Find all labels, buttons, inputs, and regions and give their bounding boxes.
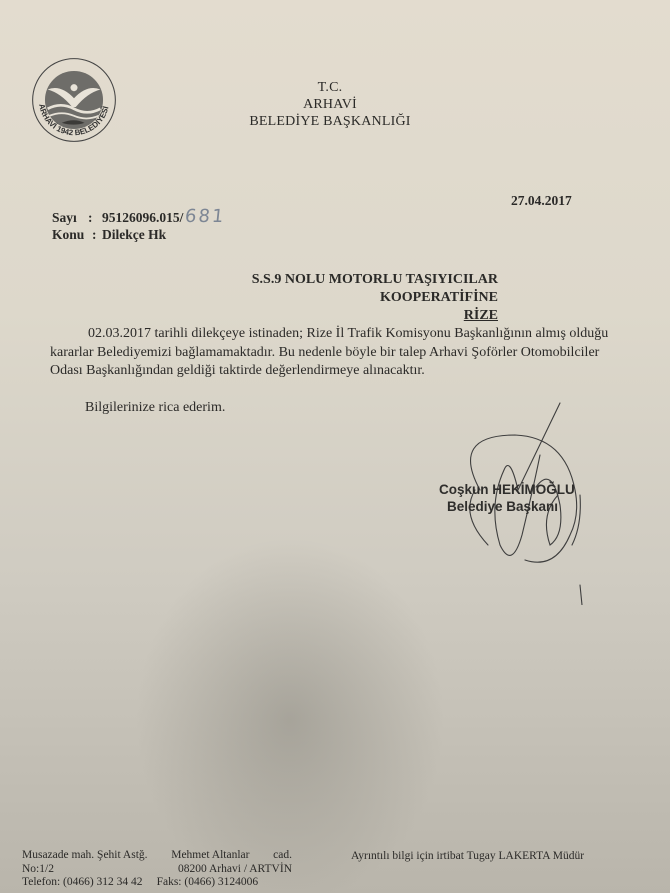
footer-address-line-1: Musazade mah. Şehit Astğ. Mehmet Altanla… xyxy=(22,849,292,863)
footer-phone: Telefon: (0466) 312 34 42 xyxy=(22,876,143,890)
letter-meta: Sayı : 95126096.015/ 681 Konu : Dilekçe … xyxy=(52,208,226,243)
footer-address-line-2: No:1/2 08200 Arhavi / ARTVİN xyxy=(22,863,292,877)
subject-separator: : xyxy=(92,226,102,243)
addressee-city: RİZE xyxy=(464,308,498,323)
footer-street: Musazade mah. Şehit Astğ. xyxy=(22,849,148,863)
letterhead-line-tc: T.C. xyxy=(200,79,460,96)
addressee: S.S.9 NOLU MOTORLU TAŞIYICILAR KOOPERATİ… xyxy=(138,271,498,325)
reference-number: 95126096.015/ xyxy=(102,209,183,226)
footer-building-no: No:1/2 xyxy=(22,863,54,877)
footer-contact-person: Ayrıntılı bilgi için irtibat Tugay LAKER… xyxy=(351,850,584,862)
footer-postal-city: 08200 Arhavi / ARTVİN xyxy=(178,863,292,877)
letterhead: T.C. ARHAVİ BELEDİYE BAŞKANLIĞI xyxy=(200,79,460,130)
addressee-name: S.S.9 NOLU MOTORLU TAŞIYICILAR KOOPERATİ… xyxy=(138,271,498,307)
footer-street-name: Mehmet Altanlar xyxy=(171,849,249,863)
signatory-title: Belediye Başkanı xyxy=(439,499,575,516)
letterhead-line-town: ARHAVİ xyxy=(200,96,460,113)
reference-separator: : xyxy=(88,209,102,226)
letter-page: ARHAVİ 1942 BELEDİYESİ T.C. ARHAVİ BELED… xyxy=(0,0,670,893)
reference-number-row: Sayı : 95126096.015/ 681 xyxy=(52,208,226,226)
municipality-seal-icon: ARHAVİ 1942 BELEDİYESİ xyxy=(30,56,118,144)
footer-address: Musazade mah. Şehit Astğ. Mehmet Altanla… xyxy=(22,849,292,890)
footer-contact-numbers: Telefon: (0466) 312 34 42 Faks: (0466) 3… xyxy=(22,876,292,890)
handwritten-reference-number: 681 xyxy=(184,208,226,225)
subject-label: Konu xyxy=(52,226,92,243)
footer-fax: Faks: (0466) 3124006 xyxy=(157,876,259,890)
signatory: Coşkun HEKİMOĞLU Belediye Başkanı xyxy=(439,482,575,515)
signatory-name: Coşkun HEKİMOĞLU xyxy=(439,482,575,499)
letterhead-line-office: BELEDİYE BAŞKANLIĞI xyxy=(200,113,460,130)
closing-line: Bilgilerinize rica ederim. xyxy=(85,400,225,416)
body-paragraph: 02.03.2017 tarihli dilekçeye istinaden; … xyxy=(50,325,610,381)
letter-date: 27.04.2017 xyxy=(511,193,572,209)
subject-value: Dilekçe Hk xyxy=(102,226,166,243)
subject-row: Konu : Dilekçe Hk xyxy=(52,226,226,243)
reference-label: Sayı xyxy=(52,209,88,226)
letter-body: 02.03.2017 tarihli dilekçeye istinaden; … xyxy=(50,325,610,381)
footer-street-type: cad. xyxy=(273,849,292,863)
